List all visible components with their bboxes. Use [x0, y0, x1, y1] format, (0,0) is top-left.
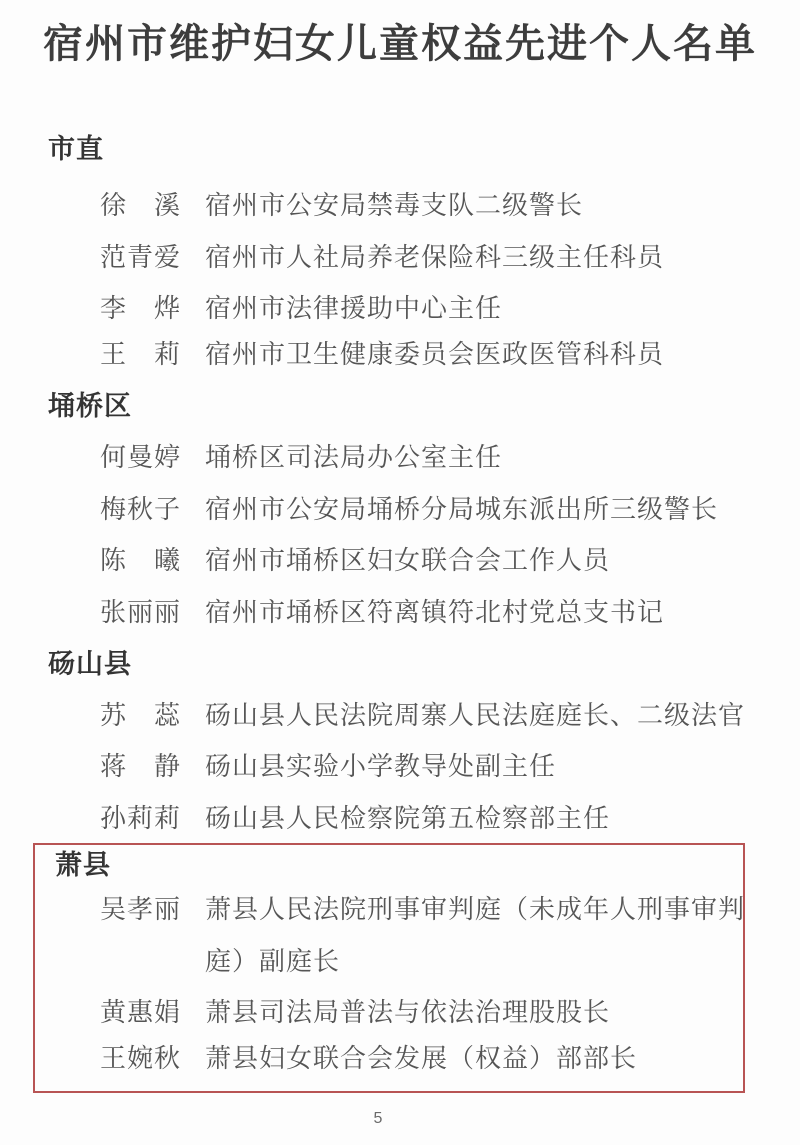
entry-name: 王婉秋: [100, 1045, 205, 1073]
entry-name: 梅秋子: [100, 496, 205, 524]
entry-row: 张丽丽 宿州市埇桥区符离镇符北村党总支书记: [100, 599, 664, 627]
entry-position: 宿州市埇桥区妇女联合会工作人员: [205, 547, 610, 575]
entry-position: 砀山县人民法院周寨人民法庭庭长、二级法官: [205, 702, 745, 730]
entry-row: 李 烨 宿州市法律援助中心主任: [100, 295, 502, 323]
page-number: 5: [0, 1110, 756, 1128]
entry-name: 何曼婷: [100, 444, 205, 472]
section-heading-shizhi: 市直: [48, 135, 104, 163]
entry-position: 宿州市公安局禁毒支队二级警长: [205, 192, 583, 220]
entry-row: 吴孝丽 萧县人民法院刑事审判庭（未成年人刑事审判庭）副庭长: [100, 884, 755, 988]
entry-position: 埇桥区司法局办公室主任: [205, 444, 502, 472]
entry-name: 王 莉: [100, 341, 205, 369]
entry-position: 宿州市埇桥区符离镇符北村党总支书记: [205, 599, 664, 627]
section-heading-dangshanxian: 砀山县: [48, 650, 132, 678]
entry-name: 黄惠娟: [100, 999, 205, 1027]
entry-name: 陈 曦: [100, 547, 205, 575]
entry-row: 王婉秋 萧县妇女联合会发展（权益）部部长: [100, 1045, 637, 1073]
entry-name: 徐 溪: [100, 192, 205, 220]
entry-position: 萧县妇女联合会发展（权益）部部长: [205, 1045, 637, 1073]
entry-position: 萧县人民法院刑事审判庭（未成年人刑事审判庭）副庭长: [205, 884, 755, 988]
entry-name: 蒋 静: [100, 753, 205, 781]
entry-row: 梅秋子 宿州市公安局埇桥分局城东派出所三级警长: [100, 496, 718, 524]
entry-row: 范青爱 宿州市人社局养老保险科三级主任科员: [100, 244, 664, 272]
entry-row: 苏 蕊 砀山县人民法院周寨人民法庭庭长、二级法官: [100, 702, 745, 730]
entry-position: 宿州市卫生健康委员会医政医管科科员: [205, 341, 664, 369]
entry-position: 萧县司法局普法与依法治理股股长: [205, 999, 610, 1027]
entry-position: 宿州市人社局养老保险科三级主任科员: [205, 244, 664, 272]
entry-position: 宿州市公安局埇桥分局城东派出所三级警长: [205, 496, 718, 524]
entry-name: 吴孝丽: [100, 896, 205, 924]
entry-name: 苏 蕊: [100, 702, 205, 730]
entry-name: 范青爱: [100, 244, 205, 272]
section-heading-yongqiaoqu: 埇桥区: [48, 392, 132, 420]
entry-row: 蒋 静 砀山县实验小学教导处副主任: [100, 753, 556, 781]
entry-position: 砀山县实验小学教导处副主任: [205, 753, 556, 781]
entry-position: 砀山县人民检察院第五检察部主任: [205, 805, 610, 833]
entry-row: 陈 曦 宿州市埇桥区妇女联合会工作人员: [100, 547, 610, 575]
document-page: 宿州市维护妇女儿童权益先进个人名单 市直 徐 溪 宿州市公安局禁毒支队二级警长 …: [0, 0, 800, 1145]
entry-name: 孙莉莉: [100, 805, 205, 833]
section-heading-xiaoxian: 萧县: [55, 851, 111, 879]
entry-row: 王 莉 宿州市卫生健康委员会医政医管科科员: [100, 341, 664, 369]
entry-row: 徐 溪 宿州市公安局禁毒支队二级警长: [100, 192, 583, 220]
document-title: 宿州市维护妇女儿童权益先进个人名单: [0, 20, 800, 68]
entry-row: 黄惠娟 萧县司法局普法与依法治理股股长: [100, 999, 610, 1027]
entry-name: 张丽丽: [100, 599, 205, 627]
entry-row: 孙莉莉 砀山县人民检察院第五检察部主任: [100, 805, 610, 833]
entry-row: 何曼婷 埇桥区司法局办公室主任: [100, 444, 502, 472]
entry-position: 宿州市法律援助中心主任: [205, 295, 502, 323]
entry-name: 李 烨: [100, 295, 205, 323]
